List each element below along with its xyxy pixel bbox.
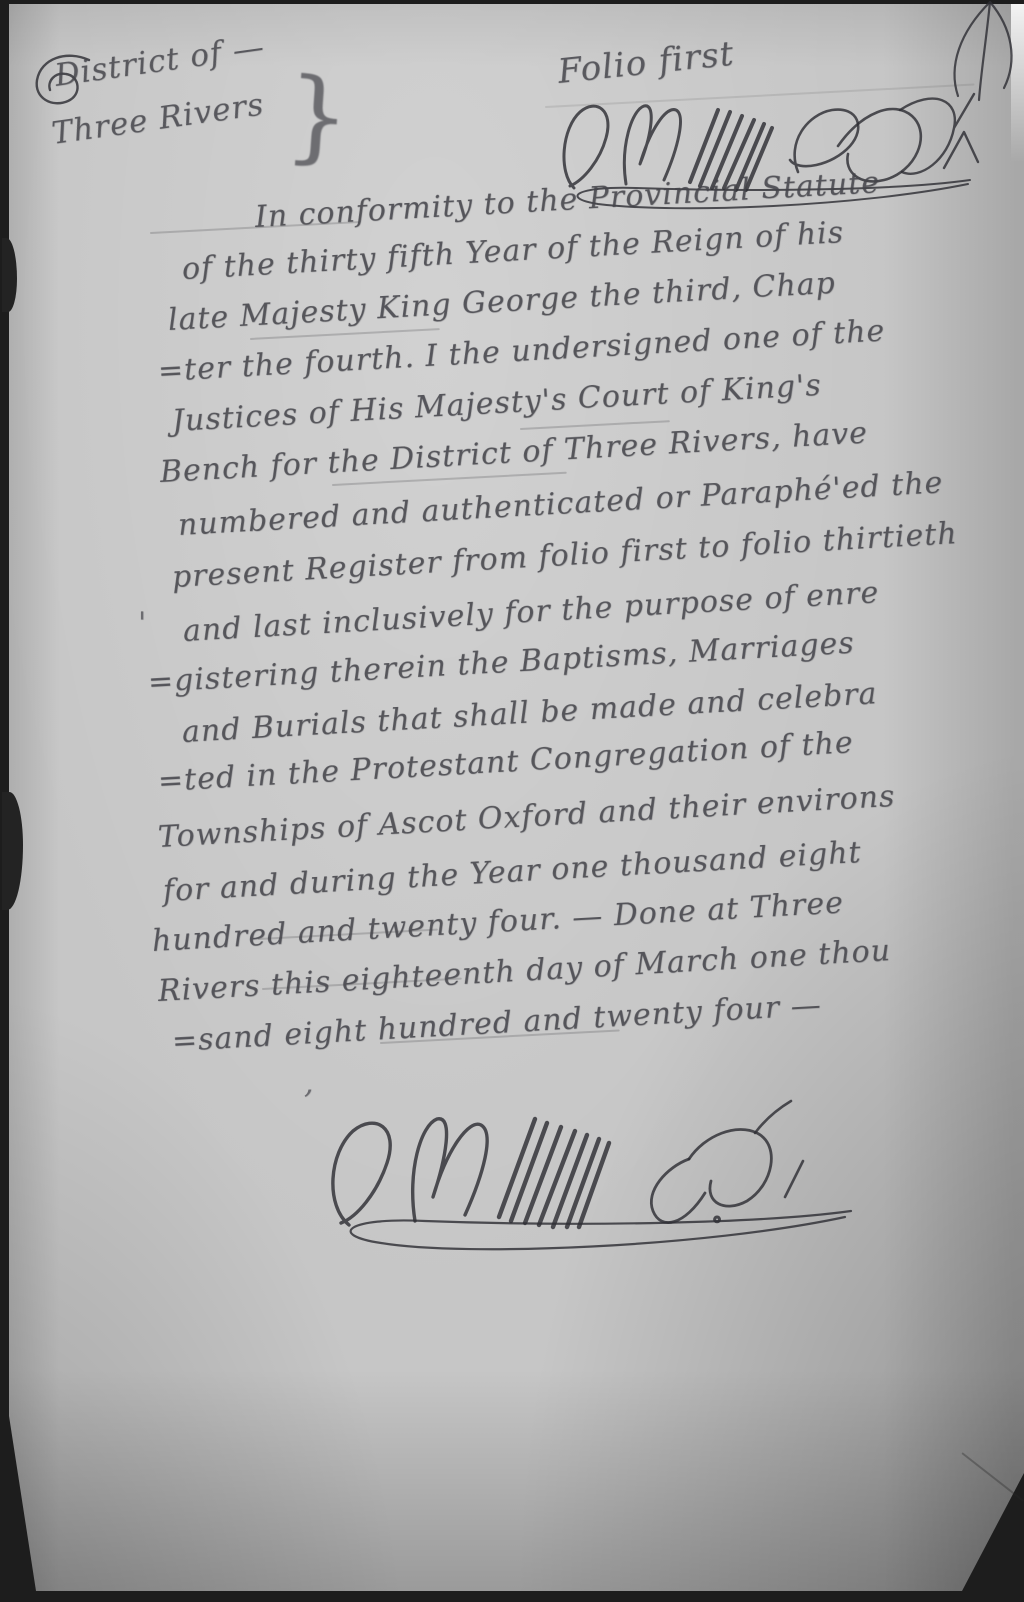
bottom-scan-edge (0, 1591, 1024, 1602)
district-brace: } (282, 55, 355, 176)
scanned-document-page: District of — Three Rivers } Folio first… (0, 0, 1024, 1602)
margin-tick: ' (138, 606, 147, 641)
top-scan-edge (0, 0, 1024, 4)
bottom-signature (285, 1075, 885, 1280)
